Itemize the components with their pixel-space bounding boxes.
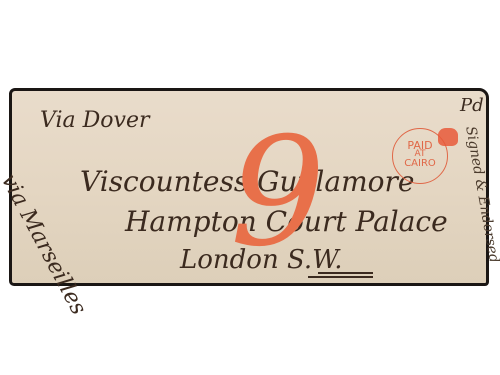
crown-mark (438, 128, 458, 146)
red-rate-mark-9: 9 (230, 118, 325, 268)
underline-sw (318, 272, 373, 274)
stamp-line-cairo: CAIRO (393, 159, 447, 168)
handwriting-via-dover: Via Dover (40, 108, 150, 133)
handwriting-pd: Pd (460, 95, 484, 116)
